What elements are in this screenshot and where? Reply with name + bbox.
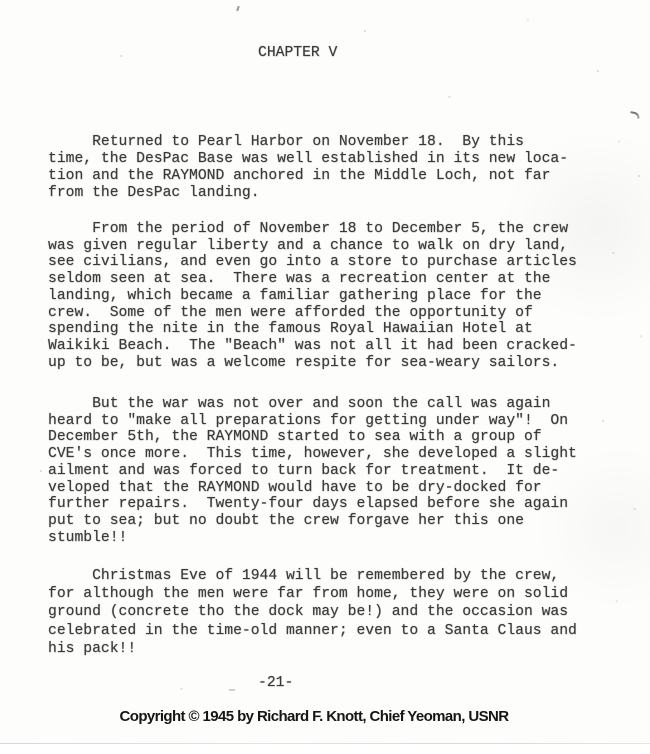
paragraph-liberty: From the period of November 18 to Decemb… [48, 221, 577, 371]
scan-mark [629, 111, 640, 119]
scan-speck [364, 30, 366, 32]
scan-speck [40, 470, 42, 472]
scan-speck [633, 508, 636, 510]
scan-mark [236, 6, 239, 11]
scan-speck [638, 175, 640, 177]
scan-speck [597, 70, 599, 72]
scan-speck [612, 252, 615, 254]
scan-speck [527, 18, 529, 21]
scan-speck [448, 96, 451, 98]
scan-speck [120, 55, 123, 57]
paragraph-christmas-eve: Christmas Eve of 1944 will be remembered… [48, 567, 577, 658]
scan-speck [618, 140, 620, 143]
scan-mark [229, 689, 235, 691]
scan-background [0, 744, 650, 754]
chapter-heading: CHAPTER V [258, 45, 337, 61]
scan-speck [180, 688, 183, 690]
paragraph-under-way: But the war was not over and soon the ca… [48, 396, 577, 546]
paragraph-pearl-harbor: Returned to Pearl Harbor on November 18.… [48, 134, 568, 202]
copyright-line: Copyright © 1945 by Richard F. Knott, Ch… [0, 708, 628, 725]
scan-speck [640, 335, 642, 338]
page-number: -21- [258, 675, 293, 691]
scan-speck [602, 420, 604, 422]
document-page: CHAPTER V Returned to Pearl Harbor on No… [0, 0, 650, 754]
scan-speck [616, 600, 618, 603]
